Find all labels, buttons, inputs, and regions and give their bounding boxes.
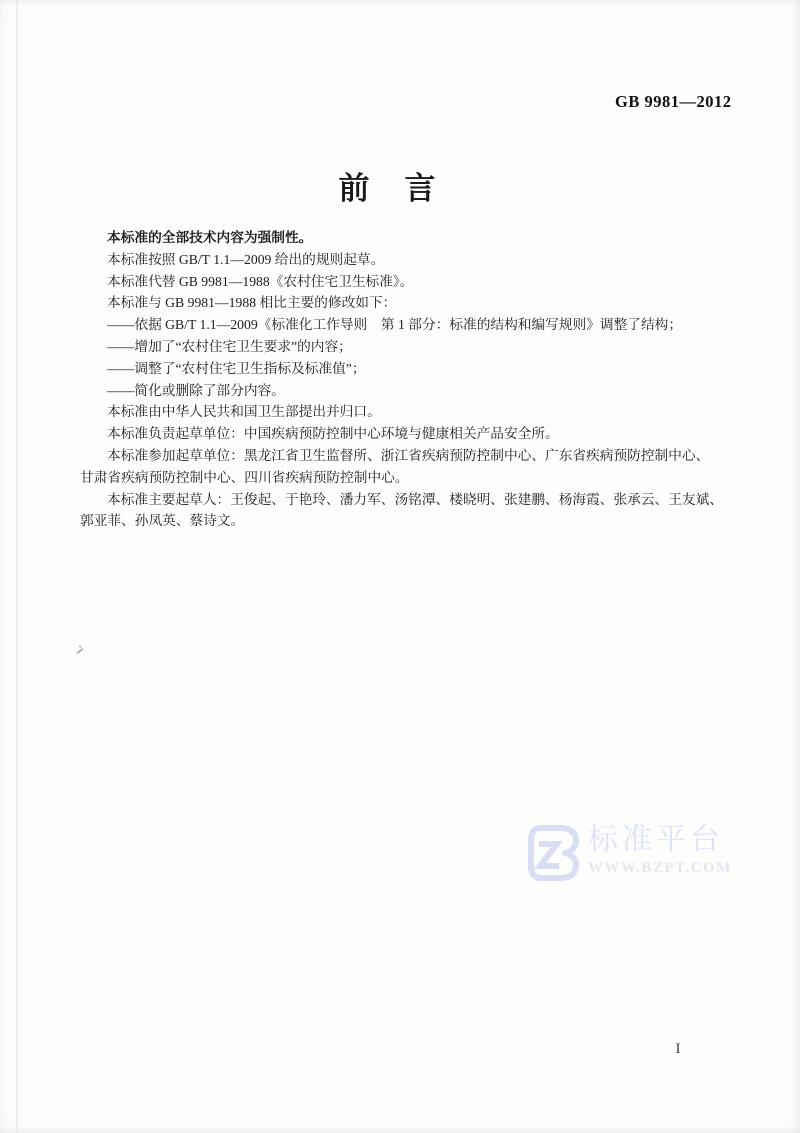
text-line: 本标准参加起草单位：黑龙江省卫生监督所、浙江省疾病预防控制中心、广东省疾病预防控… [80,445,740,467]
page-number: I [668,1041,688,1058]
document-page: GB 9981—2012 前 言 本标准的全部技术内容为强制性。本标准按照 GB… [0,0,800,1133]
scan-edge-line [16,0,18,1133]
text-line: 本标准与 GB 9981—1988 相比主要的修改如下： [80,292,740,314]
text-line: 郭亚菲、孙凤英、蔡诗文。 [80,510,740,532]
doc-number: GB 9981—2012 [615,92,731,112]
watermark-text: 标准平台 WWW.BZPT.COM [588,823,732,877]
watermark-name: 标准平台 [588,823,732,857]
text-line: 本标准由中华人民共和国卫生部提出并归口。 [80,401,740,423]
text-line: ——调整了“农村住宅卫生指标及标准值”； [80,358,740,380]
foreword-body: 本标准的全部技术内容为强制性。本标准按照 GB/T 1.1—2009 给出的规则… [80,227,740,532]
text-line: ——增加了“农村住宅卫生要求”的内容； [80,336,740,358]
ink-speck [76,648,84,655]
text-line: 本标准按照 GB/T 1.1—2009 给出的规则起草。 [80,249,740,271]
text-line: ——简化或删除了部分内容。 [80,380,740,402]
watermark: 标准平台 WWW.BZPT.COM [523,823,732,888]
watermark-url: WWW.BZPT.COM [588,860,732,877]
text-line: 本标准主要起草人：王俊起、于艳玲、潘力军、汤铭潭、楼晓明、张建鹏、杨海霞、张承云… [80,489,740,511]
text-line: ——依据 GB/T 1.1—2009《标准化工作导则 第 1 部分：标准的结构和… [80,314,740,336]
text-line: 本标准的全部技术内容为强制性。 [80,227,740,249]
text-line: 甘肃省疾病预防控制中心、四川省疾病预防控制中心。 [80,467,740,489]
page-title: 前 言 [64,163,712,208]
text-line: 本标准负责起草单位：中国疾病预防控制中心环境与健康相关产品安全所。 [80,423,740,445]
bzpt-logo-icon [523,823,583,888]
text-line: 本标准代替 GB 9981—1988《农村住宅卫生标准》。 [80,271,740,293]
